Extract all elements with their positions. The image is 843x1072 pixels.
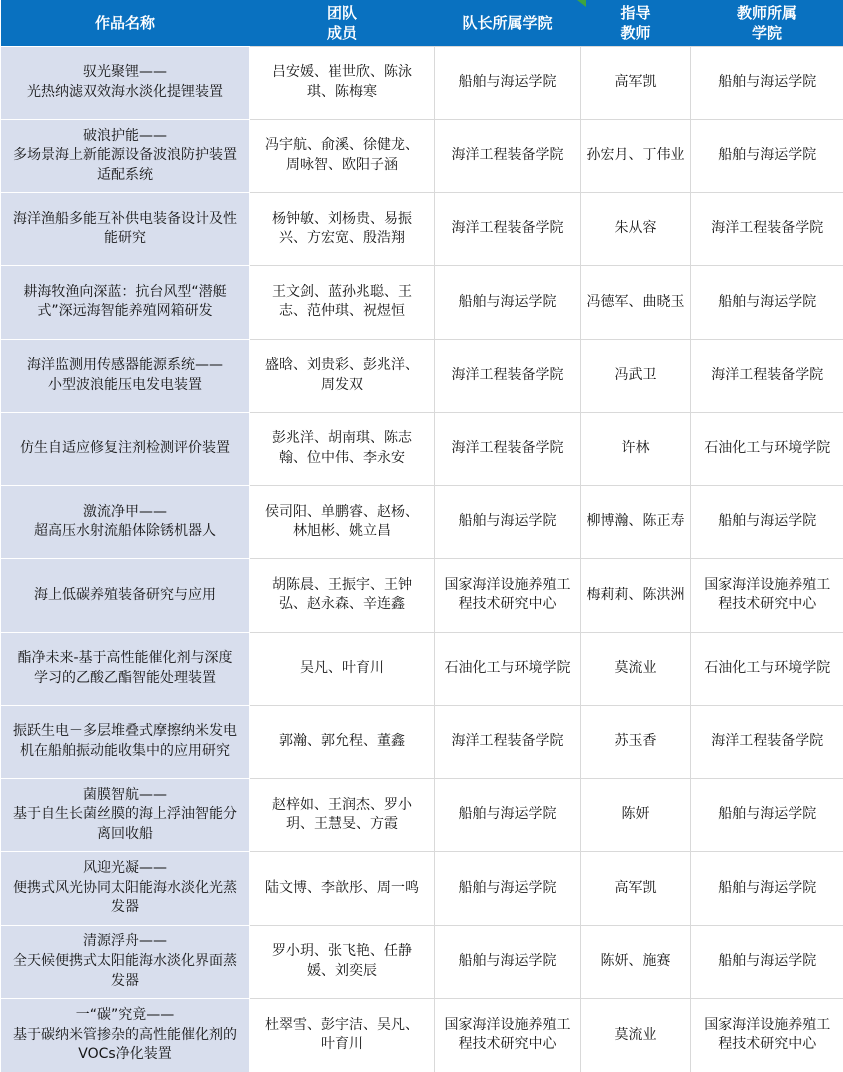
cell-teacher-college: 船舶与海运学院 [691, 852, 843, 925]
cell-advisors: 陈妍、施赛 [581, 925, 691, 998]
cell-title: 一“碳”究竟—— 基于碳纳米管掺杂的高性能催化剂的VOCs净化装置 [1, 998, 250, 1071]
cell-captain-college: 海洋工程装备学院 [435, 339, 581, 412]
cell-members: 吴凡、叶育川 [250, 632, 435, 705]
cell-advisors: 许林 [581, 412, 691, 485]
table-row: 海洋监测用传感器能源系统—— 小型波浪能压电发电装置盛晗、刘贵彩、彭兆洋、周发双… [1, 339, 843, 412]
cell-members: 吕安媛、崔世欣、陈泳琪、陈梅寒 [250, 46, 435, 119]
table-row: 破浪护能—— 多场景海上新能源设备波浪防护装置适配系统冯宇航、俞溪、徐健龙、周咏… [1, 119, 843, 192]
cell-advisors: 莫流业 [581, 632, 691, 705]
cell-teacher-college: 国家海洋设施养殖工程技术研究中心 [691, 559, 843, 632]
cell-captain-college: 船舶与海运学院 [435, 486, 581, 559]
cell-captain-college: 海洋工程装备学院 [435, 119, 581, 192]
table-row: 激流净甲—— 超高压水射流船体除锈机器人侯司阳、单鹏睿、赵杨、林旭彬、姚立昌船舶… [1, 486, 843, 559]
cell-teacher-college: 石油化工与环境学院 [691, 412, 843, 485]
table-row: 酯净未来-基于高性能催化剂与深度学习的乙酸乙酯智能处理装置吴凡、叶育川石油化工与… [1, 632, 843, 705]
cell-members: 郭瀚、郭允程、董鑫 [250, 705, 435, 778]
cell-teacher-college: 船舶与海运学院 [691, 779, 843, 852]
cell-advisors: 孙宏月、丁伟业 [581, 119, 691, 192]
cell-teacher-college: 国家海洋设施养殖工程技术研究中心 [691, 998, 843, 1071]
table-row: 驭光聚锂—— 光热纳滤双效海水淡化提锂装置吕安媛、崔世欣、陈泳琪、陈梅寒船舶与海… [1, 46, 843, 119]
header-teacher-college: 教师所属 学院 [691, 0, 843, 46]
cell-title: 海上低碳养殖装备研究与应用 [1, 559, 250, 632]
header-advisors: 指导 教师 [581, 0, 691, 46]
cell-advisors: 冯武卫 [581, 339, 691, 412]
cell-advisors: 莫流业 [581, 998, 691, 1071]
cell-title: 菌膜智航—— 基于自生长菌丝膜的海上浮油智能分离回收船 [1, 779, 250, 852]
cell-members: 王文剑、蓝孙兆聪、王志、范仲琪、祝煜恒 [250, 266, 435, 339]
cell-teacher-college: 船舶与海运学院 [691, 925, 843, 998]
header-work-name: 作品名称 [1, 0, 250, 46]
cell-teacher-college: 石油化工与环境学院 [691, 632, 843, 705]
green-corner-marker-icon [577, 0, 586, 7]
cell-teacher-college: 船舶与海运学院 [691, 486, 843, 559]
cell-teacher-college: 船舶与海运学院 [691, 46, 843, 119]
cell-title: 耕海牧渔向深蓝：抗台风型“潜艇式”深远海智能养殖网箱研发 [1, 266, 250, 339]
cell-title: 酯净未来-基于高性能催化剂与深度学习的乙酸乙酯智能处理装置 [1, 632, 250, 705]
cell-captain-college: 船舶与海运学院 [435, 852, 581, 925]
cell-advisors: 梅莉莉、陈洪洲 [581, 559, 691, 632]
table-row: 风迎光凝—— 便携式风光协同太阳能海水淡化光蒸发器陆文博、李歆彤、周一鸣船舶与海… [1, 852, 843, 925]
table-row: 耕海牧渔向深蓝：抗台风型“潜艇式”深远海智能养殖网箱研发王文剑、蓝孙兆聪、王志、… [1, 266, 843, 339]
cell-members: 彭兆洋、胡南琪、陈志翰、位中伟、李永安 [250, 412, 435, 485]
cell-teacher-college: 海洋工程装备学院 [691, 339, 843, 412]
cell-title: 风迎光凝—— 便携式风光协同太阳能海水淡化光蒸发器 [1, 852, 250, 925]
cell-members: 杜翠雪、彭宇洁、吴凡、叶育川 [250, 998, 435, 1071]
table-row: 菌膜智航—— 基于自生长菌丝膜的海上浮油智能分离回收船赵梓如、王润杰、罗小玥、王… [1, 779, 843, 852]
table-row: 振跃生电－多层堆叠式摩擦纳米发电机在船舶振动能收集中的应用研究郭瀚、郭允程、董鑫… [1, 705, 843, 778]
header-team-members: 团队 成员 [250, 0, 435, 46]
cell-members: 杨钟敏、刘杨贵、易振兴、方宏宽、殷浩翔 [250, 193, 435, 266]
cell-captain-college: 船舶与海运学院 [435, 925, 581, 998]
cell-members: 罗小玥、张飞艳、任静媛、刘奕辰 [250, 925, 435, 998]
table-row: 清源浮舟—— 全天候便携式太阳能海水淡化界面蒸发器罗小玥、张飞艳、任静媛、刘奕辰… [1, 925, 843, 998]
cell-teacher-college: 海洋工程装备学院 [691, 193, 843, 266]
cell-captain-college: 海洋工程装备学院 [435, 412, 581, 485]
cell-members: 赵梓如、王润杰、罗小玥、王慧旻、方霞 [250, 779, 435, 852]
table-row: 海上低碳养殖装备研究与应用胡陈晨、王振宇、王钟弘、赵永森、辛连鑫国家海洋设施养殖… [1, 559, 843, 632]
header-row: 作品名称 团队 成员 队长所属学院 指导 教师 教师所属 学院 [1, 0, 843, 46]
table-row: 一“碳”究竟—— 基于碳纳米管掺杂的高性能催化剂的VOCs净化装置杜翠雪、彭宇洁… [1, 998, 843, 1071]
cell-title: 海洋渔船多能互补供电装备设计及性能研究 [1, 193, 250, 266]
cell-teacher-college: 船舶与海运学院 [691, 119, 843, 192]
cell-advisors: 冯德军、曲晓玉 [581, 266, 691, 339]
table-row: 仿生自适应修复注剂检测评价装置彭兆洋、胡南琪、陈志翰、位中伟、李永安海洋工程装备… [1, 412, 843, 485]
header-captain-college: 队长所属学院 [435, 0, 581, 46]
table-row: 海洋渔船多能互补供电装备设计及性能研究杨钟敏、刘杨贵、易振兴、方宏宽、殷浩翔海洋… [1, 193, 843, 266]
cell-captain-college: 船舶与海运学院 [435, 46, 581, 119]
cell-advisors: 柳博瀚、陈正寿 [581, 486, 691, 559]
cell-title: 驭光聚锂—— 光热纳滤双效海水淡化提锂装置 [1, 46, 250, 119]
cell-advisors: 高军凯 [581, 46, 691, 119]
entries-table-page: 作品名称 团队 成员 队长所属学院 指导 教师 教师所属 学院 驭光聚锂—— 光… [0, 0, 843, 1072]
cell-advisors: 高军凯 [581, 852, 691, 925]
cell-advisors: 陈妍 [581, 779, 691, 852]
cell-title: 激流净甲—— 超高压水射流船体除锈机器人 [1, 486, 250, 559]
cell-title: 海洋监测用传感器能源系统—— 小型波浪能压电发电装置 [1, 339, 250, 412]
cell-captain-college: 石油化工与环境学院 [435, 632, 581, 705]
table-body: 驭光聚锂—— 光热纳滤双效海水淡化提锂装置吕安媛、崔世欣、陈泳琪、陈梅寒船舶与海… [1, 46, 843, 1072]
cell-members: 胡陈晨、王振宇、王钟弘、赵永森、辛连鑫 [250, 559, 435, 632]
cell-title: 仿生自适应修复注剂检测评价装置 [1, 412, 250, 485]
cell-captain-college: 海洋工程装备学院 [435, 705, 581, 778]
cell-captain-college: 海洋工程装备学院 [435, 193, 581, 266]
results-table: 作品名称 团队 成员 队长所属学院 指导 教师 教师所属 学院 驭光聚锂—— 光… [0, 0, 843, 1072]
cell-title: 破浪护能—— 多场景海上新能源设备波浪防护装置适配系统 [1, 119, 250, 192]
cell-teacher-college: 海洋工程装备学院 [691, 705, 843, 778]
cell-captain-college: 船舶与海运学院 [435, 266, 581, 339]
cell-captain-college: 船舶与海运学院 [435, 779, 581, 852]
cell-members: 冯宇航、俞溪、徐健龙、周咏智、欧阳子涵 [250, 119, 435, 192]
cell-teacher-college: 船舶与海运学院 [691, 266, 843, 339]
cell-members: 陆文博、李歆彤、周一鸣 [250, 852, 435, 925]
table-header: 作品名称 团队 成员 队长所属学院 指导 教师 教师所属 学院 [1, 0, 843, 46]
cell-advisors: 朱从容 [581, 193, 691, 266]
cell-captain-college: 国家海洋设施养殖工程技术研究中心 [435, 998, 581, 1071]
cell-members: 侯司阳、单鹏睿、赵杨、林旭彬、姚立昌 [250, 486, 435, 559]
cell-title: 清源浮舟—— 全天候便携式太阳能海水淡化界面蒸发器 [1, 925, 250, 998]
cell-advisors: 苏玉香 [581, 705, 691, 778]
cell-members: 盛晗、刘贵彩、彭兆洋、周发双 [250, 339, 435, 412]
cell-title: 振跃生电－多层堆叠式摩擦纳米发电机在船舶振动能收集中的应用研究 [1, 705, 250, 778]
cell-captain-college: 国家海洋设施养殖工程技术研究中心 [435, 559, 581, 632]
